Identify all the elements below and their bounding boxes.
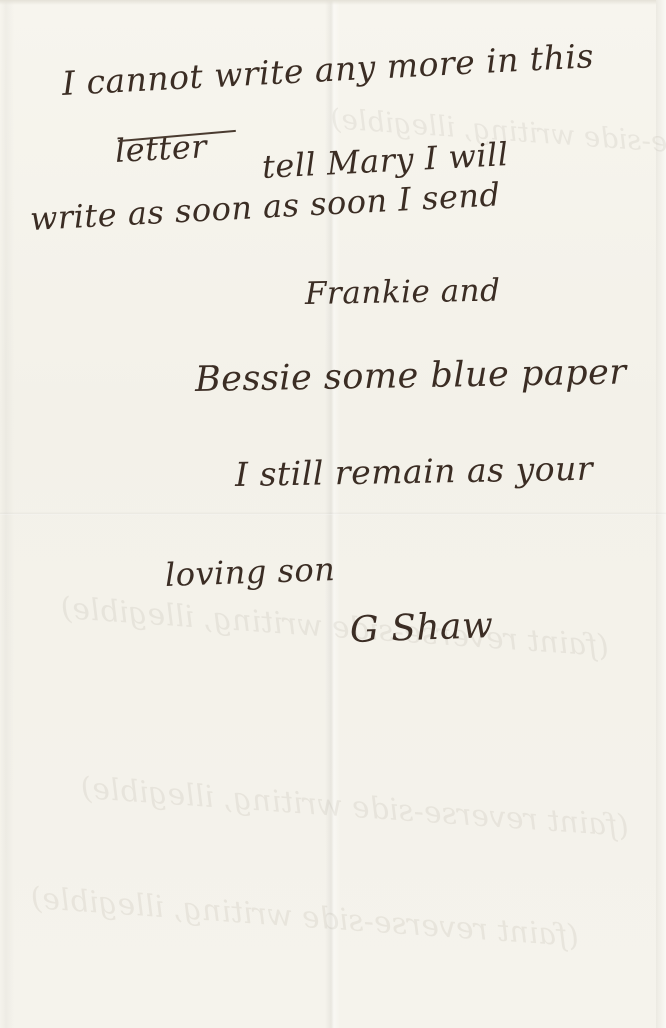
- letter-line: Frankie and: [305, 273, 501, 312]
- letter-line: I still remain as your: [235, 449, 594, 494]
- letter-line: Bessie some blue paper: [195, 352, 627, 400]
- letter-line: loving son: [164, 550, 336, 594]
- bleed-through-text: (faint reverse-side writing, illegible): [59, 591, 610, 664]
- signature: G Shaw: [349, 605, 494, 651]
- letter-line: I cannot write any more in this: [61, 36, 595, 103]
- paper-top-edge: [0, 0, 666, 5]
- bleed-through-text: (faint reverse-side writing, illegible): [79, 771, 630, 844]
- bleed-through-text: (faint reverse-side writing, illegible): [29, 881, 580, 954]
- paper-fold-horizontal: [0, 512, 666, 515]
- letter-page: (faint reverse-side writing, illegible) …: [0, 0, 666, 1028]
